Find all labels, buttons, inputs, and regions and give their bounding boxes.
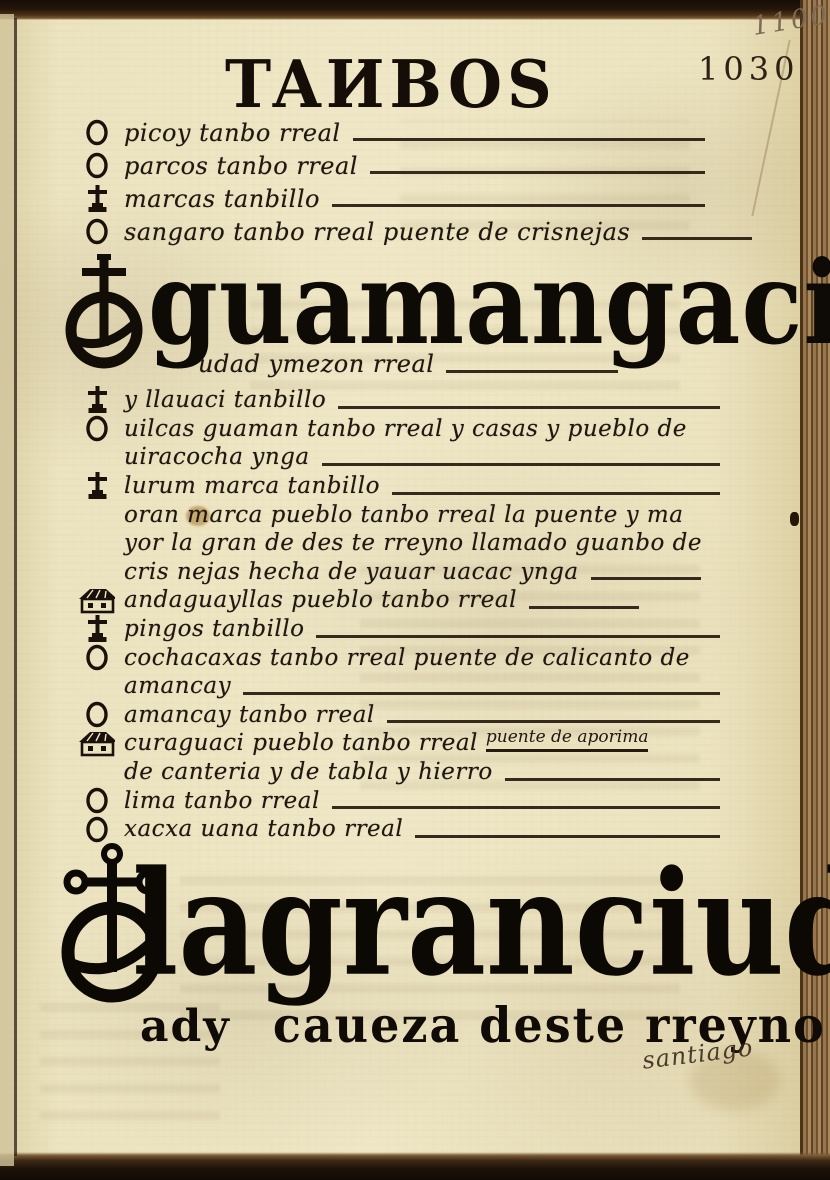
entry-text: cris nejas hecha de yauar uacac ynga bbox=[124, 559, 579, 585]
entry-text: marcas tanbillo bbox=[124, 185, 320, 213]
book-bottom-edge bbox=[0, 1152, 830, 1180]
tambo-entry-row: marcas tanbillo bbox=[70, 182, 715, 215]
heading-gran-ciudad: lagranciud bbox=[132, 838, 830, 1008]
tambo-entry-row: y llauaci tanbillo bbox=[70, 386, 730, 415]
entry-text: uilcas guaman tanbo rreal y casas y pueb… bbox=[124, 416, 687, 442]
tambo-entry-row: pingos tanbillo bbox=[70, 615, 730, 644]
entry-text: andaguayllas pueblo tanbo rreal bbox=[124, 587, 517, 613]
tambo-real-circle-icon bbox=[70, 152, 124, 179]
tambillo-cross-icon bbox=[70, 614, 124, 644]
entry-continuation-row: amancay bbox=[70, 672, 730, 701]
ink-rule bbox=[243, 692, 720, 695]
heading-guamanga-subtext: udad ymezon rreal bbox=[198, 350, 628, 378]
tambillo-cross-icon bbox=[70, 471, 124, 501]
tambo-list-top: picoy tanbo rreal parcos tanbo rreal mar… bbox=[70, 116, 715, 248]
ink-rule bbox=[392, 492, 720, 495]
ink-rule bbox=[529, 606, 639, 609]
city-orb-cross-icon bbox=[52, 250, 156, 374]
entry-text: picoy tanbo rreal bbox=[124, 119, 341, 147]
entry-text: y llauaci tanbillo bbox=[124, 387, 326, 413]
tambo-real-circle-icon bbox=[70, 701, 124, 728]
manuscript-page: 1100 1030 TAИBOS picoy tanbo rreal parco… bbox=[0, 0, 830, 1180]
ink-folio-number: 1030 bbox=[698, 50, 799, 88]
tambo-real-circle-icon bbox=[70, 644, 124, 671]
tambo-entry-row: andaguayllas pueblo tanbo rreal bbox=[70, 586, 730, 615]
tambo-entry-row: lurum marca tanbillo bbox=[70, 472, 730, 501]
ink-rule bbox=[505, 778, 720, 781]
ink-rule bbox=[353, 138, 705, 141]
pueblo-house-icon bbox=[70, 586, 124, 614]
entry-continuation-row: yor la gran de des te rreyno llamado gua… bbox=[70, 529, 730, 558]
entry-annex-text: puente de aporima bbox=[486, 727, 649, 752]
tambo-entry-row: curaguaci pueblo tanbo rreal puente de a… bbox=[70, 729, 730, 758]
entry-text: yor la gran de des te rreyno llamado gua… bbox=[124, 530, 702, 556]
ink-rule bbox=[591, 577, 701, 580]
margin-rule-line bbox=[14, 18, 17, 1156]
entry-text: amancay bbox=[124, 673, 231, 699]
tambo-real-circle-icon bbox=[70, 816, 124, 843]
entry-text: pingos tanbillo bbox=[124, 616, 304, 642]
entry-text: cochacaxas tanbo rreal puente de calican… bbox=[124, 645, 690, 671]
tambo-entry-row: lima tanbo rreal bbox=[70, 786, 730, 815]
ink-rule bbox=[387, 720, 720, 723]
subtext-prefix: ady bbox=[140, 1001, 231, 1052]
tambo-entry-row: uilcas guaman tanbo rreal y casas y pueb… bbox=[70, 415, 730, 444]
entry-text: amancay tanbo rreal bbox=[124, 702, 375, 728]
entry-text: oran marca pueblo tanbo rreal la puente … bbox=[124, 502, 683, 528]
entry-continuation-row: uiracocha ynga bbox=[70, 443, 730, 472]
tambo-real-circle-icon bbox=[70, 787, 124, 814]
tambillo-cross-icon bbox=[70, 385, 124, 415]
entry-text: de canteria y de tabla y hierro bbox=[124, 759, 493, 785]
entry-text: lurum marca tanbillo bbox=[124, 473, 380, 499]
tambo-real-circle-icon bbox=[70, 218, 124, 245]
entry-text: parcos tanbo rreal bbox=[124, 152, 358, 180]
ink-rule bbox=[316, 635, 720, 638]
page-title: TAИBOS bbox=[225, 46, 557, 123]
entry-text: uiracocha ynga bbox=[124, 444, 310, 470]
ink-rule bbox=[338, 406, 720, 409]
tambo-entry-row: oran marca pueblo tanbo rreal la puente … bbox=[70, 500, 730, 529]
tambo-entry-row: amancay tanbo rreal bbox=[70, 701, 730, 730]
tambillo-cross-icon bbox=[70, 184, 124, 214]
ink-rule bbox=[446, 370, 618, 373]
entry-continuation-row: de canteria y de tabla y hierro bbox=[70, 758, 730, 787]
ink-rule bbox=[370, 171, 705, 174]
ink-rule bbox=[322, 463, 720, 466]
tambo-entry-row: cochacaxas tanbo rreal puente de calican… bbox=[70, 643, 730, 672]
tambo-list-main: y llauaci tanbillo uilcas guaman tanbo r… bbox=[70, 386, 730, 844]
subtext: udad ymezon rreal bbox=[198, 350, 434, 378]
tambo-real-circle-icon bbox=[70, 119, 124, 146]
tambo-entry-row: parcos tanbo rreal bbox=[70, 149, 715, 182]
ink-rule bbox=[332, 204, 705, 207]
entry-text: lima tanbo rreal bbox=[124, 788, 320, 814]
book-top-edge bbox=[0, 0, 830, 20]
entry-continuation-row: cris nejas hecha de yauar uacac ynga bbox=[70, 558, 730, 587]
ink-fleck bbox=[790, 512, 799, 526]
tambo-entry-row: picoy tanbo rreal bbox=[70, 116, 715, 149]
gutter-margin bbox=[0, 14, 14, 1166]
entry-text: curaguaci pueblo tanbo rreal bbox=[124, 730, 478, 756]
pueblo-house-icon bbox=[70, 729, 124, 757]
tambo-real-circle-icon bbox=[70, 415, 124, 442]
ink-rule bbox=[332, 806, 720, 809]
